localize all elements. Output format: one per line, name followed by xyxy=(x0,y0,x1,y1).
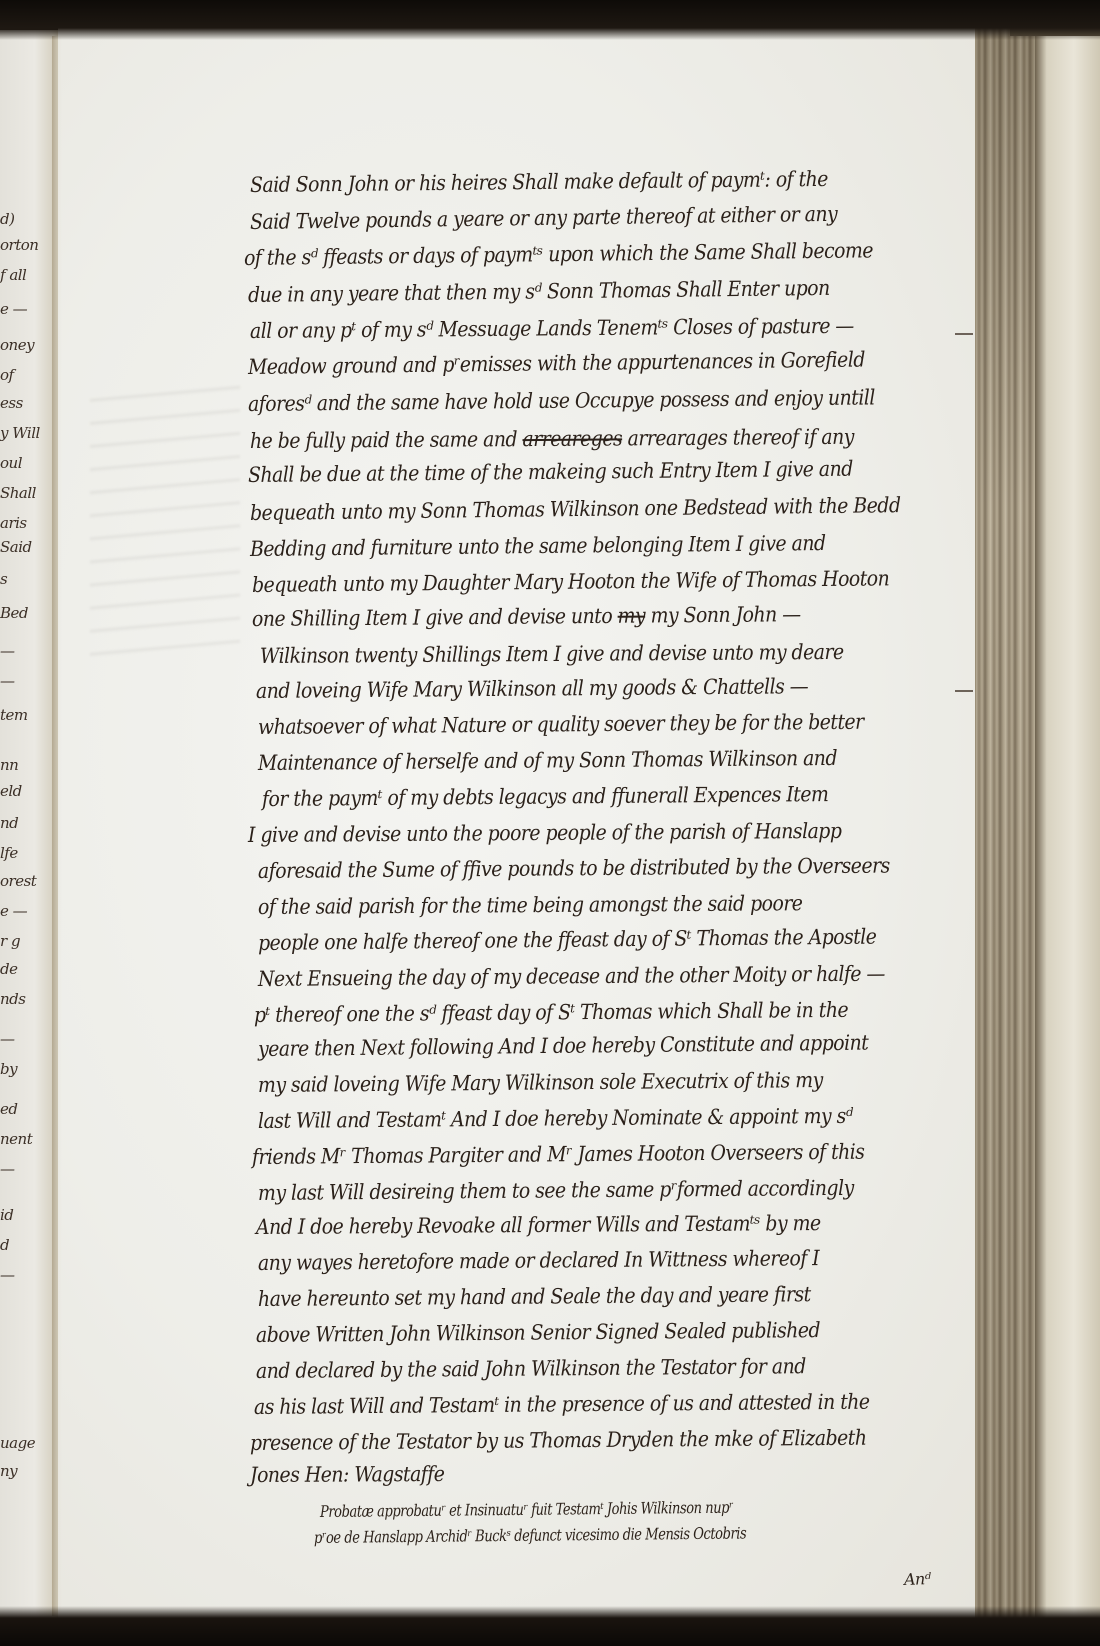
book-gutter xyxy=(52,36,62,1616)
prev-page-fragment: de xyxy=(0,960,17,978)
prev-page-fragment: nd xyxy=(0,814,18,832)
top-shadow xyxy=(0,0,1100,40)
prev-page-fragment: — xyxy=(0,642,15,660)
prev-page-fragment: eld xyxy=(0,782,22,800)
margin-dash xyxy=(955,690,973,692)
prev-page-fragment: oul xyxy=(0,454,22,472)
book-cover-board xyxy=(1035,30,1100,1630)
ink-show-through xyxy=(90,380,240,660)
manuscript-page xyxy=(58,22,988,1620)
prev-page-fragment: ed xyxy=(0,1100,17,1118)
prev-page-fragment: uage xyxy=(0,1434,35,1452)
bottom-shadow xyxy=(0,1606,1100,1646)
page-block-edges xyxy=(975,28,1036,1628)
prev-page-fragment: — xyxy=(0,672,15,690)
prev-page-fragment: — xyxy=(0,1266,15,1284)
prev-page-fragment: ess xyxy=(0,394,23,412)
prev-page-fragment: Said xyxy=(0,538,32,556)
prev-page-fragment: d) xyxy=(0,210,14,228)
prev-page-fragment: orton xyxy=(0,236,38,254)
prev-page-fragment: id xyxy=(0,1206,13,1224)
prev-page-fragment: lfe xyxy=(0,844,18,862)
prev-page-fragment: by xyxy=(0,1060,17,1078)
prev-page-fragment: nds xyxy=(0,990,25,1008)
prev-page-fragment: Bed xyxy=(0,604,28,622)
prev-page-fragment: d xyxy=(0,1236,9,1254)
margin-dash xyxy=(955,333,973,335)
prev-page-fragment: f all xyxy=(0,266,26,284)
prev-page-fragment: nn xyxy=(0,756,18,774)
prev-page-fragment: nent xyxy=(0,1130,32,1148)
previous-page-edge: d) orton f all e — oney of ess y Will ou… xyxy=(0,30,58,1620)
prev-page-fragment: — xyxy=(0,1160,15,1178)
prev-page-fragment: ny xyxy=(0,1462,17,1480)
prev-page-fragment: e — xyxy=(0,300,27,318)
prev-page-fragment: s xyxy=(0,570,7,588)
prev-page-fragment: — xyxy=(0,1030,15,1048)
prev-page-fragment: e — xyxy=(0,902,27,920)
prev-page-fragment: of xyxy=(0,366,14,384)
prev-page-fragment: orest xyxy=(0,872,36,890)
prev-page-fragment: y Will xyxy=(0,424,40,442)
prev-page-fragment: aris xyxy=(0,514,27,532)
manuscript-scan: d) orton f all e — oney of ess y Will ou… xyxy=(0,0,1100,1646)
prev-page-fragment: Shall xyxy=(0,484,36,502)
prev-page-fragment: oney xyxy=(0,336,34,354)
prev-page-fragment: tem xyxy=(0,706,28,724)
prev-page-fragment: r g xyxy=(0,932,20,950)
